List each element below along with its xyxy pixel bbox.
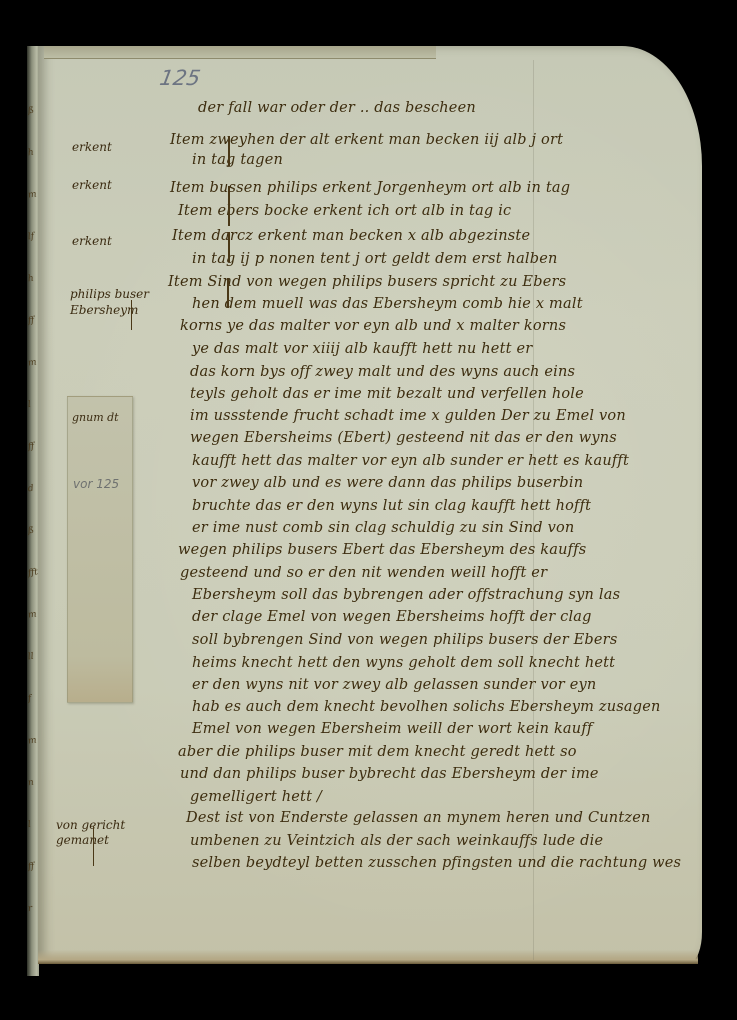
text-line: heims knecht hett den wyns geholt dem so… xyxy=(192,655,615,671)
facing-page-fragment: f xyxy=(27,694,32,704)
text-line: er den wyns nit vor zwey alb gelassen su… xyxy=(192,677,596,693)
text-line: soll bybrengen Sind von wegen philips bu… xyxy=(192,632,617,648)
text-line: wegen philips busers Ebert das Ebersheym… xyxy=(178,542,586,558)
inserted-paper-slip xyxy=(67,396,133,703)
facing-page-fragment: h xyxy=(27,148,34,159)
ink-stroke-bracket xyxy=(228,232,230,262)
facing-page-fragment: ff xyxy=(27,862,35,873)
text-line: der fall war oder der .. das bescheen xyxy=(198,100,476,116)
slip-ink-note: gnum dt xyxy=(72,411,119,424)
text-line: ye das malt vor xiiij alb kaufft hett nu… xyxy=(192,341,532,357)
facing-page-fragment: m xyxy=(27,735,37,746)
facing-page-fragment: fft xyxy=(27,567,38,578)
text-line: vor zwey alb und es were dann das philip… xyxy=(192,475,583,491)
facing-page-fragment: ff xyxy=(27,316,35,327)
folio-number: 125 xyxy=(158,66,202,90)
text-line: in tag tagen xyxy=(192,152,283,168)
text-line: umbenen zu Veintzich als der sach weinka… xyxy=(190,833,603,849)
text-line: das korn bys off zwey malt und des wyns … xyxy=(190,364,575,380)
margin-note: philips buser xyxy=(70,287,149,302)
text-line: aber die philips buser mit dem knecht ge… xyxy=(178,744,577,760)
facing-page-fragment: h xyxy=(27,274,34,285)
text-line: selben beydteyl betten zusschen pfingste… xyxy=(192,855,681,871)
text-line: hen dem muell was das Ebersheym comb hie… xyxy=(192,296,583,312)
margin-note-descender xyxy=(93,826,94,866)
text-line: Dest ist von Enderste gelassen an mynem … xyxy=(186,810,651,826)
text-line: korns ye das malter vor eyn alb und x ma… xyxy=(180,318,566,334)
text-line: Item bussen philips erkent Jorgenheym or… xyxy=(170,180,570,196)
text-line: und dan philips buser bybrecht das Ebers… xyxy=(180,766,599,782)
text-line: der clage Emel von wegen Ebersheims hoff… xyxy=(192,609,592,625)
ink-stroke-bracket xyxy=(228,136,230,166)
facing-page-fragment: ll xyxy=(27,652,34,663)
margin-note: erkent xyxy=(72,140,112,155)
text-line: Emel von wegen Ebersheim weill der wort … xyxy=(192,721,592,737)
margin-note-descender xyxy=(131,300,132,330)
text-line: Item darcz erkent man becken x alb abgez… xyxy=(172,228,530,244)
text-line: er ime nust comb sin clag schuldig zu si… xyxy=(192,520,574,536)
text-line: in tag ij p nonen tent j ort geldt dem e… xyxy=(192,251,558,267)
facing-page-fragment: lf xyxy=(27,232,35,243)
slip-pencil-note: vor 125 xyxy=(73,477,119,491)
facing-page-fragment: m xyxy=(27,357,37,368)
facing-page-fragment: n xyxy=(27,778,34,789)
text-line: Ebersheym soll das bybrengen ader offstr… xyxy=(192,587,620,603)
text-line: gemelligert hett / xyxy=(190,789,322,805)
text-line: hab es auch dem knecht bevolhen solichs … xyxy=(192,699,661,715)
ink-stroke-bracket xyxy=(228,186,230,226)
text-line: kaufft hett das malter vor eyn alb sunde… xyxy=(192,453,629,469)
margin-note: erkent xyxy=(72,178,112,193)
facing-page-fragment: r xyxy=(27,904,33,915)
top-frayed-edge xyxy=(44,46,436,59)
facing-page-fragment: m xyxy=(27,189,37,200)
facing-page-fragment: l xyxy=(27,820,31,830)
facing-page-fragment: d xyxy=(27,484,34,495)
ink-stroke-bracket xyxy=(227,278,229,308)
margin-note: erkent xyxy=(72,234,112,249)
facing-page-fragment: ff xyxy=(27,442,35,453)
bottom-frayed-edge xyxy=(38,950,698,964)
text-line: gesteend und so er den nit wenden weill … xyxy=(180,565,547,581)
margin-note: gemanet xyxy=(56,833,109,848)
text-line: teyls geholt das er ime mit bezalt und v… xyxy=(190,386,584,402)
facing-page-fragment: m xyxy=(27,609,37,620)
facing-page-fragment: l xyxy=(27,400,31,410)
text-line: wegen Ebersheims (Ebert) gesteend nit da… xyxy=(190,430,617,446)
text-line: bruchte das er den wyns lut sin clag kau… xyxy=(192,498,591,514)
facing-page-fragment: ß xyxy=(27,526,34,537)
text-line: im ussstende frucht schadt ime x gulden … xyxy=(190,408,626,424)
margin-note: von gericht xyxy=(56,818,125,833)
facing-page-fragment: ß xyxy=(27,106,34,117)
margin-note: Ebersheym xyxy=(70,303,138,318)
